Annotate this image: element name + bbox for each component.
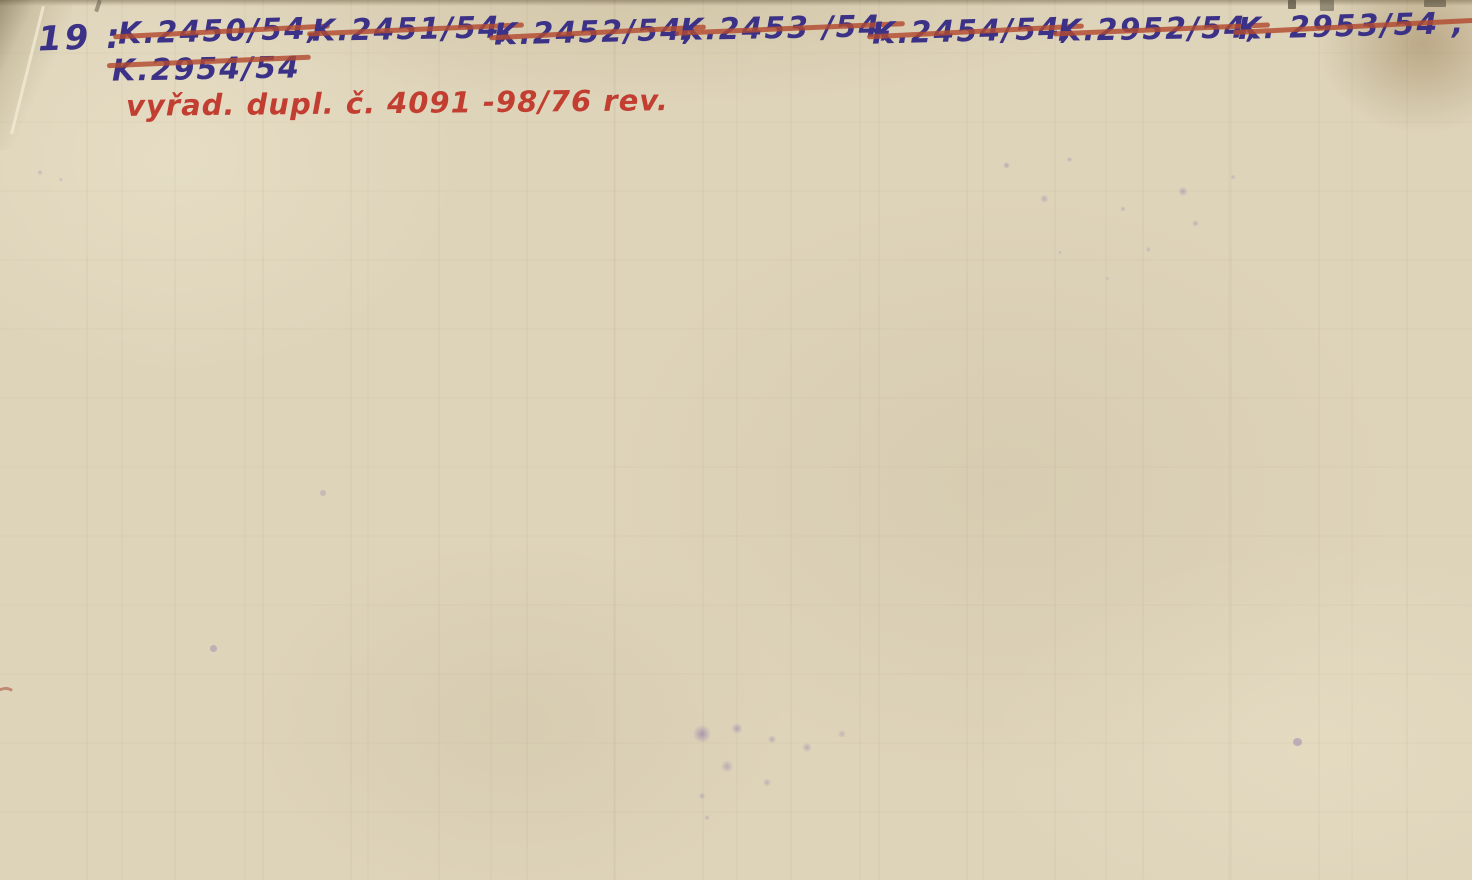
ink-smudge	[642, 688, 892, 823]
catalog-number-text: K.2954/54	[112, 50, 301, 88]
catalog-number-text: K.2450/54,	[118, 11, 321, 51]
red-ink-edge-mark	[0, 684, 21, 711]
ink-smudge	[22, 158, 82, 194]
handwritten-catalog-number: K.2454/54,	[872, 11, 1075, 51]
catalog-number-text: K.2453 /54,	[680, 9, 895, 48]
ink-speck	[1293, 738, 1302, 746]
edge-mark	[1288, 0, 1296, 9]
handwritten-catalog-number: K.2952/54,	[1058, 10, 1261, 49]
ink-speck	[320, 490, 326, 496]
scanned-index-card: 19 : K.2450/54, K.2451/54, K.2452/54, K.…	[0, 0, 1472, 880]
ink-speck	[210, 645, 217, 652]
handwritten-catalog-number: K.2453 /54,	[680, 9, 895, 48]
catalog-number-text: K.2952/54,	[1058, 10, 1261, 49]
catalog-number-text: K. 2953/54 ,	[1238, 6, 1466, 47]
handwritten-catalog-number: K.2450/54,	[118, 11, 321, 51]
paper-striations	[0, 0, 1472, 880]
handwritten-catalog-number: K.2452/54,	[494, 12, 697, 52]
ink-smudge	[975, 148, 1290, 293]
catalog-number-text: K.2452/54,	[494, 12, 697, 52]
handwritten-catalog-number: K. 2953/54 ,	[1238, 6, 1466, 47]
handwritten-catalog-number: K.2451/54,	[312, 10, 515, 49]
handwritten-item-number: 19 :	[37, 17, 123, 60]
handwritten-catalog-number: K.2954/54	[112, 50, 301, 88]
card-top-edge-shadow	[0, 0, 1472, 6]
catalog-number-text: K.2451/54,	[312, 10, 515, 49]
handwritten-discard-note: vyřad. dupl. č. 4091 -98/76 rev.	[126, 83, 669, 123]
catalog-number-text: K.2454/54,	[872, 11, 1075, 51]
